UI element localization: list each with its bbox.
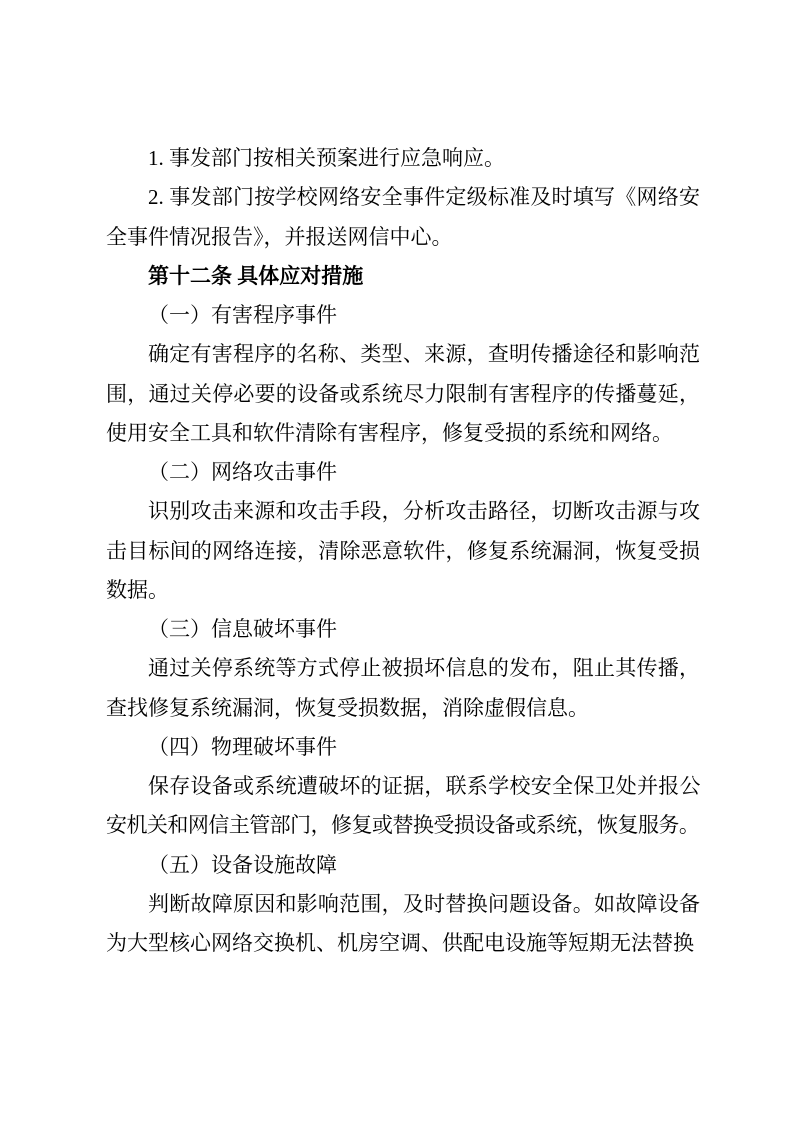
- section-2-heading: （二）网络攻击事件: [106, 453, 700, 492]
- numbered-item-2: 2. 事发部门按学校网络安全事件定级标准及时填写《网络安全事件情况报告》，并报送…: [106, 178, 700, 257]
- section-2-body: 识别攻击来源和攻击手段，分析攻击路径，切断攻击源与攻击目标间的网络连接，清除恶意…: [106, 492, 700, 610]
- numbered-item-1: 1. 事发部门按相关预案进行应急响应。: [106, 139, 700, 178]
- document-page: 1. 事发部门按相关预案进行应急响应。 2. 事发部门按学校网络安全事件定级标准…: [0, 0, 793, 1122]
- section-5-heading: （五）设备设施故障: [106, 846, 700, 885]
- section-3-heading: （三）信息破坏事件: [106, 610, 700, 649]
- section-4-heading: （四）物理破坏事件: [106, 728, 700, 767]
- section-4-body: 保存设备或系统遭破坏的证据，联系学校安全保卫处并报公安机关和网信主管部门，修复或…: [106, 767, 700, 846]
- section-5-body: 判断故障原因和影响范围，及时替换问题设备。如故障设备为大型核心网络交换机、机房空…: [106, 885, 700, 964]
- section-1-body: 确定有害程序的名称、类型、来源，查明传播途径和影响范围，通过关停必要的设备或系统…: [106, 335, 700, 453]
- section-1-heading: （一）有害程序事件: [106, 296, 700, 335]
- section-3-body: 通过关停系统等方式停止被损坏信息的发布，阻止其传播，查找修复系统漏洞，恢复受损数…: [106, 649, 700, 728]
- article-12-heading: 第十二条 具体应对措施: [106, 257, 700, 296]
- document-content: 1. 事发部门按相关预案进行应急响应。 2. 事发部门按学校网络安全事件定级标准…: [106, 139, 700, 963]
